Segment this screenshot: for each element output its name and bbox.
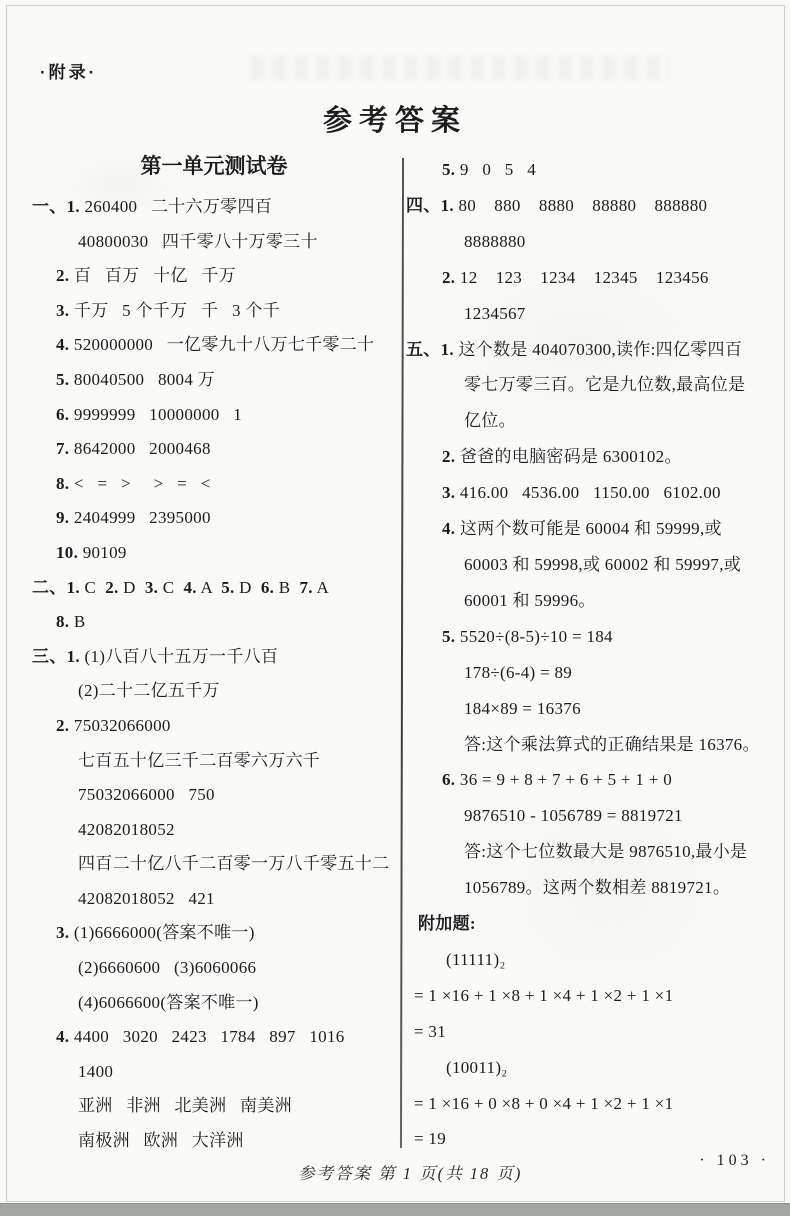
answer-line: 5. 5520÷(8-5)÷10 = 184 (406, 619, 778, 655)
answer-text: 1234567 (464, 304, 526, 323)
answer-line: 42082018052 421 (30, 882, 398, 917)
answer-text: (4)6066600(答案不唯一) (78, 993, 259, 1012)
answer-text: (2)二十二亿五千万 (78, 681, 220, 700)
answer-line: 答:这个七位数最大是 9876510,最小是 (406, 834, 778, 870)
answer-text: (11111)₂ (446, 950, 506, 969)
answer-text: 9876510 - 1056789 = 8819721 (464, 806, 683, 825)
answer-text: < = > > = < (69, 474, 210, 493)
item-number: 3. (145, 578, 158, 597)
answer-text: 爸爸的电脑密码是 6300102。 (455, 447, 681, 466)
item-number: 附加题: (418, 914, 476, 933)
answer-line: 10. 90109 (30, 536, 398, 571)
answer-text: 42082018052 (78, 820, 175, 839)
answer-text: 8888880 (464, 232, 526, 251)
answer-line: 60001 和 59996。 (406, 583, 778, 619)
answer-text: 七百五十亿三千二百零六万六千 (78, 751, 320, 770)
answer-line: = 1 ×16 + 0 ×8 + 0 ×4 + 1 ×2 + 1 ×1 (406, 1086, 778, 1122)
answer-line: 5. 9 0 5 4 (406, 152, 778, 188)
item-number: 三、1. (32, 647, 80, 666)
answer-line: (2)6660600 (3)6060066 (30, 951, 398, 986)
answer-text: A (313, 578, 329, 597)
answer-text: 这个数是 404070300,读作:四亿零四百 (454, 340, 742, 359)
answer-line: 60003 和 59998,或 60002 和 59997,或 (406, 547, 778, 583)
answer-line: 8888880 (406, 224, 778, 260)
answer-text: 36 = 9 + 8 + 7 + 6 + 5 + 1 + 0 (455, 770, 672, 789)
answer-line: 3. (1)6666000(答案不唯一) (30, 916, 398, 951)
answer-text: C (80, 578, 105, 597)
item-number: 2. (442, 447, 455, 466)
answer-text: 答:这个七位数最大是 9876510,最小是 (464, 842, 747, 861)
answer-line: 4. 这两个数可能是 60004 和 59999,或 (406, 511, 778, 547)
answer-line: 5. 80040500 8004 万 (30, 363, 398, 398)
item-number: 2. (105, 578, 118, 597)
item-number: 五、1. (406, 340, 454, 359)
answer-text: D (235, 578, 261, 597)
answer-text: 75032066000 750 (78, 785, 215, 804)
item-number: 2. (56, 716, 69, 735)
bleedthrough-artifact (250, 55, 670, 81)
item-number: 6. (56, 405, 69, 424)
answer-text: = 1 ×16 + 0 ×8 + 0 ×4 + 1 ×2 + 1 ×1 (414, 1094, 673, 1113)
answer-line: (4)6066600(答案不唯一) (30, 986, 398, 1021)
answer-line: 2. 爸爸的电脑密码是 6300102。 (406, 439, 778, 475)
appendix-label: ·附录· (40, 58, 97, 83)
answer-line: 8. B (30, 605, 398, 640)
answer-line: 答:这个乘法算式的正确结果是 16376。 (406, 727, 778, 763)
answer-text: B (69, 612, 85, 631)
answer-key-page: ·附录· 参考答案 第一单元测试卷 一、1. 260400 二十六万零四百408… (0, 0, 790, 1216)
answer-text: = 31 (414, 1022, 446, 1041)
item-number: 2. (442, 268, 455, 287)
answer-line: 1056789。这两个数相差 8819721。 (406, 870, 778, 906)
item-number: 3. (56, 301, 69, 320)
answer-line: 7. 8642000 2000468 (30, 432, 398, 467)
answer-text: 42082018052 421 (78, 889, 215, 908)
answer-text: 520000000 一亿零九十八万七千零二十 (69, 335, 374, 354)
page-title: 参考答案 (0, 98, 790, 139)
answer-line: = 1 ×16 + 1 ×8 + 1 ×4 + 1 ×2 + 1 ×1 (406, 978, 778, 1014)
answer-line: 零七万零三百。它是九位数,最高位是 (406, 367, 778, 403)
answer-text: 1056789。这两个数相差 8819721。 (464, 878, 730, 897)
answer-text: 80 880 8880 88880 888880 (454, 196, 707, 215)
answer-line: 4. 4400 3020 2423 1784 897 1016 (30, 1020, 398, 1055)
unit-test-heading: 第一单元测试卷 (30, 152, 398, 182)
answer-text: 60003 和 59998,或 60002 和 59997,或 (464, 555, 741, 574)
answer-text: 416.00 4536.00 1150.00 6102.00 (455, 483, 720, 502)
answer-line: 五、1. 这个数是 404070300,读作:四亿零四百 (406, 332, 778, 368)
item-number: 7. (56, 439, 69, 458)
item-number: 8. (56, 612, 69, 631)
answer-line: 4. 520000000 一亿零九十八万七千零二十 (30, 328, 398, 363)
item-number: 一、1. (32, 197, 80, 216)
answer-text: 12 123 1234 12345 123456 (455, 268, 708, 287)
left-column-lines: 一、1. 260400 二十六万零四百40800030 四千零八十万零三十2. … (30, 190, 398, 1159)
item-number: 3. (56, 923, 69, 942)
item-number: 6. (442, 770, 455, 789)
answer-line: 1234567 (406, 296, 778, 332)
item-number: 8. (56, 474, 69, 493)
answer-line: = 31 (406, 1014, 778, 1050)
answer-line: 亿位。 (406, 403, 778, 439)
answer-text: 这两个数可能是 60004 和 59999,或 (455, 519, 721, 538)
item-number: 4. (184, 578, 197, 597)
answer-line: 1400 (30, 1055, 398, 1090)
answer-text: B (274, 578, 299, 597)
answer-text: 南极洲 欧洲 大洋洲 (78, 1131, 244, 1150)
item-number: 6. (261, 578, 274, 597)
answer-text: 5520÷(8-5)÷10 = 184 (455, 627, 612, 646)
page-number: · 103 · (699, 1152, 770, 1170)
item-number: 7. (299, 578, 312, 597)
answer-line: 2. 75032066000 (30, 709, 398, 744)
answer-text: 178÷(6-4) = 89 (464, 663, 572, 682)
answer-line: 40800030 四千零八十万零三十 (30, 225, 398, 260)
answer-line: 七百五十亿三千二百零六万六千 (30, 744, 398, 779)
answer-text: 零七万零三百。它是九位数,最高位是 (464, 375, 745, 394)
answer-line: 一、1. 260400 二十六万零四百 (30, 190, 398, 225)
item-number: 2. (56, 266, 69, 285)
right-column-lines: 5. 9 0 5 4四、1. 80 880 8880 88880 8888808… (406, 152, 778, 1157)
item-number: 9. (56, 508, 69, 527)
answer-text: 四百二十亿八千二百零一万八千零五十二 (78, 854, 389, 873)
answer-text: C (158, 578, 183, 597)
answer-line: 南极洲 欧洲 大洋洲 (30, 1124, 398, 1159)
answer-line: (2)二十二亿五千万 (30, 674, 398, 709)
answer-text: 40800030 四千零八十万零三十 (78, 232, 318, 251)
answer-line: 9. 2404999 2395000 (30, 501, 398, 536)
scan-edge-band (0, 1203, 790, 1216)
answer-line: 二、1. C 2. D 3. C 4. A 5. D 6. B 7. A (30, 571, 398, 606)
item-number: 5. (56, 370, 69, 389)
answer-text: D (119, 578, 145, 597)
item-number: 二、1. (32, 578, 80, 597)
answer-text: 1400 (78, 1062, 113, 1081)
answer-line: 亚洲 非洲 北美洲 南美洲 (30, 1089, 398, 1124)
answer-text: 答:这个乘法算式的正确结果是 16376。 (464, 735, 760, 754)
answer-text: 亚洲 非洲 北美洲 南美洲 (78, 1096, 292, 1115)
item-number: 5. (442, 627, 455, 646)
item-number: 3. (442, 483, 455, 502)
answer-line: 178÷(6-4) = 89 (406, 655, 778, 691)
answer-text: (2)6660600 (3)6060066 (78, 958, 256, 977)
item-number: 10. (56, 543, 78, 562)
answer-line: 6. 36 = 9 + 8 + 7 + 6 + 5 + 1 + 0 (406, 762, 778, 798)
answer-text: 80040500 8004 万 (69, 370, 215, 389)
answer-line: (11111)₂ (406, 942, 778, 978)
item-number: 4. (56, 335, 69, 354)
answer-line: 184×89 = 16376 (406, 691, 778, 727)
answer-text: 千万 5 个千万 千 3 个千 (69, 301, 280, 320)
answer-text: (1)6666000(答案不唯一) (69, 923, 254, 942)
right-column: 5. 9 0 5 4四、1. 80 880 8880 88880 8888808… (406, 152, 778, 1157)
answer-text: = 1 ×16 + 1 ×8 + 1 ×4 + 1 ×2 + 1 ×1 (414, 986, 673, 1005)
answer-text: 亿位。 (464, 411, 516, 430)
item-number: 四、1. (406, 196, 454, 215)
item-number: 4. (56, 1027, 69, 1046)
answer-line: 42082018052 (30, 813, 398, 848)
answer-line: 四百二十亿八千二百零一万八千零五十二 (30, 847, 398, 882)
answer-text: 9999999 10000000 1 (69, 405, 242, 424)
footer-caption: 参考答案 第 1 页(共 18 页) (298, 1160, 522, 1184)
answer-line: 2. 12 123 1234 12345 123456 (406, 260, 778, 296)
answer-text: = 19 (414, 1129, 446, 1148)
answer-line: 3. 千万 5 个千万 千 3 个千 (30, 294, 398, 329)
left-column: 第一单元测试卷 一、1. 260400 二十六万零四百40800030 四千零八… (30, 152, 398, 1159)
answer-text: 百 百万 十亿 千万 (69, 266, 236, 285)
answer-line: (10011)₂ (406, 1050, 778, 1086)
answer-text: 60001 和 59996。 (464, 591, 596, 610)
answer-line: 2. 百 百万 十亿 千万 (30, 259, 398, 294)
answer-text: 75032066000 (69, 716, 170, 735)
item-number: 5. (442, 160, 455, 179)
answer-text: 4400 3020 2423 1784 897 1016 (69, 1027, 344, 1046)
answer-text: 9 0 5 4 (455, 160, 536, 179)
answer-text: (1)八百八十五万一千八百 (80, 647, 278, 666)
item-number: 5. (221, 578, 234, 597)
answer-line: 三、1. (1)八百八十五万一千八百 (30, 640, 398, 675)
answer-text: (10011)₂ (446, 1058, 508, 1077)
column-divider (400, 158, 404, 1148)
answer-line: 6. 9999999 10000000 1 (30, 398, 398, 433)
answer-line: 8. < = > > = < (30, 467, 398, 502)
item-number: 4. (442, 519, 455, 538)
answer-text: 8642000 2000468 (69, 439, 210, 458)
answer-line: 附加题: (406, 906, 778, 942)
answer-line: 3. 416.00 4536.00 1150.00 6102.00 (406, 475, 778, 511)
answer-line: 75032066000 750 (30, 778, 398, 813)
answer-text: 184×89 = 16376 (464, 699, 581, 718)
answer-line: 9876510 - 1056789 = 8819721 (406, 798, 778, 834)
answer-text: A (197, 578, 221, 597)
answer-line: 四、1. 80 880 8880 88880 888880 (406, 188, 778, 224)
answer-text: 260400 二十六万零四百 (80, 197, 272, 216)
answer-text: 2404999 2395000 (69, 508, 210, 527)
answer-text: 90109 (78, 543, 127, 562)
